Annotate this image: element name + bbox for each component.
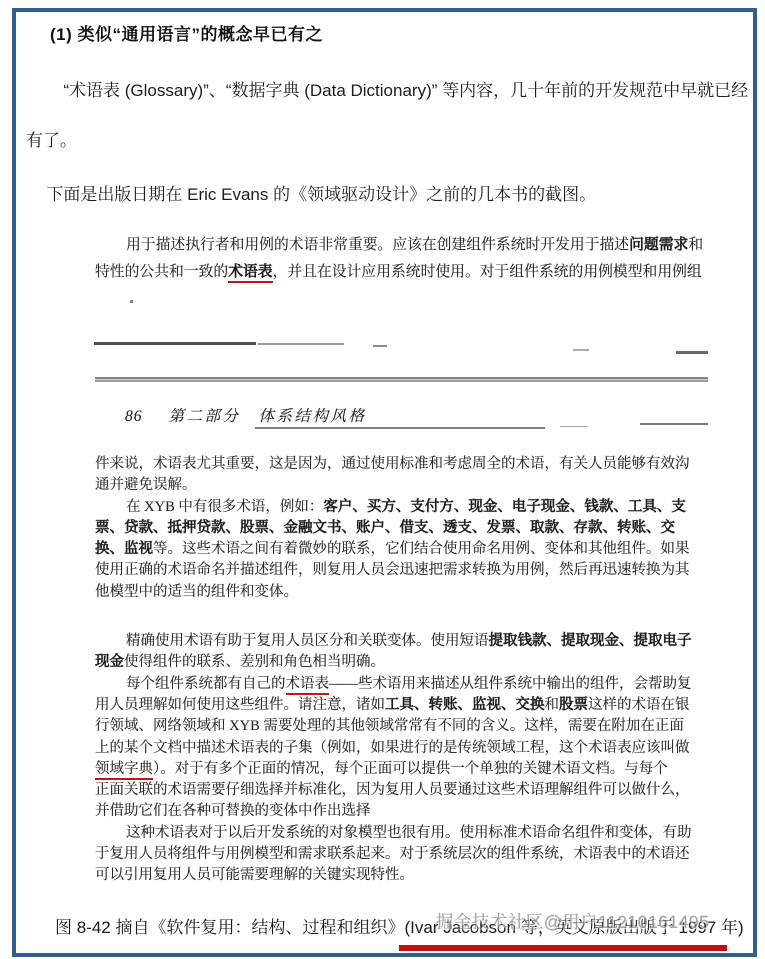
scan-text-line: 票、贷款、抵押贷款、股票、金融文书、账户、借支、透支、发票、取款、存款、转账、交	[95, 518, 715, 539]
red-underline-bar	[399, 945, 727, 951]
scan-artifact	[258, 343, 344, 345]
header-rule	[560, 426, 588, 427]
scan-page-number: 86	[125, 408, 143, 425]
scan-text-line: 正面关联的术语需要仔细选择并标准化，因为复用人员要通过这些术语理解组件可以做什么…	[95, 780, 715, 801]
scan-divider-bar	[95, 377, 708, 382]
scan-text-line: 领域字典）。对于有多个正面的情况，每个正面可以提供一个单独的关键术语文档。与每个	[95, 759, 715, 780]
section-heading: (1) 类似“通用语言”的概念早已有之	[50, 20, 323, 45]
watermark: 掘金技术社区@用户11210161495	[436, 909, 710, 934]
scan-text: 行领域、网络领域和 XYB 需要处理的其他领域常常有不同的含义。这样，需要在附加…	[95, 718, 684, 734]
scan-text-line: 并借助它们在各种可替换的变体中作出选择	[95, 801, 715, 822]
paragraph-glossary: “术语表 (Glossary)”、“数据字典 (Data Dictionary)…	[26, 66, 752, 166]
scan-text-line: 每个组件系统都有自己的术语表——些术语用来描述从组件系统中输出的组件，会帮助复	[95, 674, 715, 695]
scan-text-line: 使用正确的术语命名并描述组件，则复用人员会迅速把需求转换为用例，然后再迅速转换为…	[95, 560, 715, 581]
scan-text: 这种术语表对于以后开发系统的对象模型也很有用。使用标准术语命名组件和变体，有助	[126, 825, 692, 841]
header-rule	[640, 423, 708, 425]
scan-text-line: 上的某个文档中描述术语表的子集（例如，如果进行的是传统领域工程，这个术语表应该叫…	[95, 738, 715, 759]
scan-artifact	[676, 351, 708, 354]
red-underlined-term: 术语表	[286, 676, 330, 695]
scan-text: 和	[545, 697, 560, 713]
paragraph-intro-screenshots: 下面是出版日期在 Eric Evans 的《领域驱动设计》之前的几本书的截图。	[26, 170, 752, 220]
red-underlined-term: 术语表	[228, 264, 272, 283]
scan-text: 等。这些术语之间有着微妙的联系，它们结合使用命名用例、变体和其他组件。如果	[153, 541, 690, 557]
scan-text: 在 XYB 中有很多术语，例如：	[126, 499, 323, 515]
bold-term: 换、监视	[95, 541, 153, 557]
scan-text: 件来说，术语表尤其重要，这是因为，通过使用标准和考虑周全的术语，有关人员能够有效…	[95, 456, 690, 472]
red-underlined-term: 领域字典	[95, 761, 153, 780]
scan-text-line: 行领域、网络领域和 XYB 需要处理的其他领域常常有不同的含义。这样，需要在附加…	[95, 716, 715, 737]
scan-text-line: 可以引用复用人员可能需要理解的关键实现特性。	[95, 865, 715, 886]
scan-artifact	[94, 342, 256, 345]
header-rule	[255, 427, 545, 429]
scan-text: 于复用人员将组件与用例模型和需求联系起来。对于系统层次的组件系统，术语表中的术语…	[95, 846, 690, 862]
scan-text-line: 于复用人员将组件与用例模型和需求联系起来。对于系统层次的组件系统，术语表中的术语…	[95, 844, 715, 865]
scan-text: 特性的公共和一致的	[95, 264, 228, 280]
bold-term: 提取钱款、提取现金、提取电子	[489, 633, 692, 649]
bold-term: 工具、转账、监视、交换	[385, 697, 545, 713]
scan-text: 精确使用术语有助于复用人员区分和关联变体。使用短语	[126, 633, 489, 649]
scan-excerpt-top: 用于描述执行者和用例的术语非常重要。应该在创建组件系统时开发用于描述问题需求和特…	[95, 232, 727, 286]
scan-text-line: 用于描述执行者和用例的术语非常重要。应该在创建组件系统时开发用于描述问题需求和	[95, 232, 727, 259]
scan-text: ）。对于有多个正面的情况，每个正面可以提供一个单独的关键术语文档。与每个	[153, 761, 668, 777]
scan-text-line: 精确使用术语有助于复用人员区分和关联变体。使用短语提取钱款、提取现金、提取电子	[95, 631, 715, 652]
scan-text: ——些术语用来描述从组件系统中输出的组件，会帮助复	[329, 676, 692, 692]
scan-artifact	[373, 345, 387, 347]
scan-body-text: 件来说，术语表尤其重要，这是因为，通过使用标准和考虑周全的术语，有关人员能够有效…	[95, 454, 715, 887]
scan-text: 他模型中的适当的组件和变体。	[95, 584, 298, 600]
scan-text: 并借助它们在各种可替换的变体中作出选择	[95, 803, 371, 819]
scan-text-line: 特性的公共和一致的术语表，并且在设计应用系统时使用。对于组件系统的用例模型和用例…	[95, 259, 727, 286]
scan-text-line: 这种术语表对于以后开发系统的对象模型也很有用。使用标准术语命名组件和变体，有助	[95, 823, 715, 844]
scan-text: 通并避免误解。	[95, 477, 197, 493]
scan-text-line: 在 XYB 中有很多术语，例如：客户、买方、支付方、现金、电子现金、钱款、工具、…	[95, 497, 715, 518]
scan-text: 用于描述执行者和用例的术语非常重要。应该在创建组件系统时开发用于描述	[126, 237, 629, 253]
scan-text-line: 他模型中的适当的组件和变体。	[95, 582, 715, 603]
bold-term: 客户、买方、支付方、现金、电子现金、钱款、工具、支	[323, 499, 686, 515]
scan-text: ，并且在设计应用系统时使用。对于组件系统的用例模型和用例组	[273, 264, 702, 280]
scan-text-line: 现金使得组件的联系、差别和角色相当明确。	[95, 652, 715, 673]
scan-text: 可以引用复用人员可能需要理解的关键实现特性。	[95, 867, 414, 883]
scan-running-title: 第二部分 体系结构风格	[169, 408, 367, 425]
scan-artifact	[130, 300, 133, 303]
scan-text: 这样的术语在银	[588, 697, 690, 713]
scan-text-line: 件来说，术语表尤其重要，这是因为，通过使用标准和考虑周全的术语，有关人员能够有效…	[95, 454, 715, 475]
bold-term: 票、贷款、抵押贷款、股票、金融文书、账户、借支、透支、发票、取款、存款、转账、交	[95, 520, 675, 536]
scan-text: 每个组件系统都有自己的	[126, 676, 286, 692]
scan-text: 和	[688, 237, 703, 253]
scan-artifact	[573, 349, 589, 351]
scan-blank-line	[95, 603, 715, 631]
scan-text-line: 换、监视等。这些术语之间有着微妙的联系，它们结合使用命名用例、变体和其他组件。如…	[95, 539, 715, 560]
scan-text: 使得组件的联系、差别和角色相当明确。	[124, 654, 385, 670]
scan-text-line: 通并避免误解。	[95, 475, 715, 496]
scan-text: 用人员理解如何使用这些组件。请注意，诸如	[95, 697, 385, 713]
scan-text-line: 用人员理解如何使用这些组件。请注意，诸如工具、转账、监视、交换和股票这样的术语在…	[95, 695, 715, 716]
scan-running-header: 86第二部分 体系结构风格	[125, 404, 367, 426]
bold-term: 现金	[95, 654, 124, 670]
bold-term: 股票	[559, 697, 588, 713]
scan-text: 使用正确的术语命名并描述组件，则复用人员会迅速把需求转换为用例，然后再迅速转换为…	[95, 562, 690, 578]
bold-term: 问题需求	[629, 237, 688, 253]
scan-text: 正面关联的术语需要仔细选择并标准化，因为复用人员要通过这些术语理解组件可以做什么…	[95, 782, 690, 798]
scan-text: 上的某个文档中描述术语表的子集（例如，如果进行的是传统领域工程，这个术语表应该叫…	[95, 740, 690, 756]
